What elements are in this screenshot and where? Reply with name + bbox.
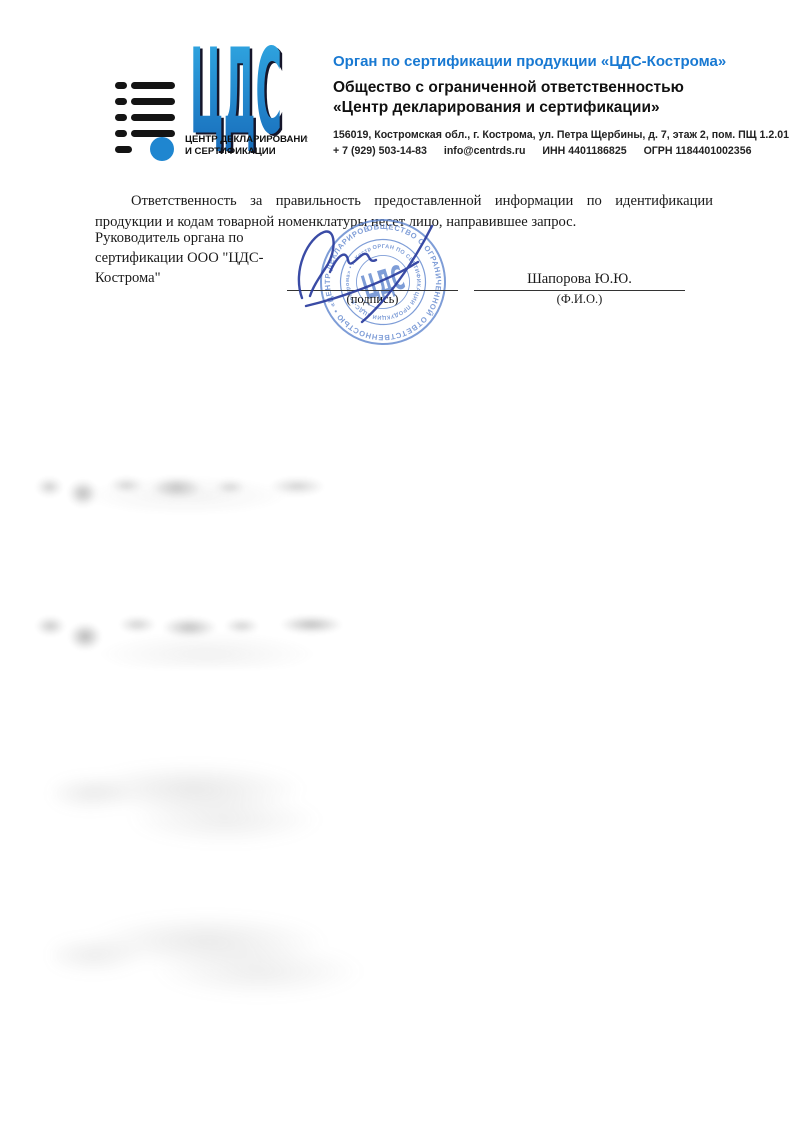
name-caption: (Ф.И.О.) [474,292,685,307]
logo-caption-line1: ЦЕНТР ДЕКЛАРИРОВАНИЯ [185,134,308,145]
phone-number: + 7 (929) 503-14-83 [333,145,427,157]
company-name-line1: Общество с ограниченной ответственностью [333,78,773,98]
company-name-line2: «Центр декларирования и сертификации» [333,98,773,118]
contacts-line: + 7 (929) 503-14-83 info@centrds.ru ИНН … [333,144,773,158]
logo-dot-icon [150,137,174,161]
redacted-text-block-2 [33,598,381,668]
company-logo: ЦДС ЦДС ЦЕНТР ДЕКЛАРИРОВАНИЯ И СЕРТИФИКА… [113,38,308,166]
ogrn-number: ОГРН 1184401002356 [644,145,752,157]
redacted-text-block-3 [52,758,367,846]
inn-number: ИНН 4401186825 [542,145,626,157]
signer-name: Шапорова Ю.Ю. [474,271,685,288]
certification-body-title: Орган по сертификации продукции «ЦДС-Кос… [333,52,773,71]
document-page: { "logo": { "acronym": "ЦДС", "caption1"… [0,0,794,1123]
redacted-text-block-4 [52,903,397,998]
letterhead: Орган по сертификации продукции «ЦДС-Кос… [333,52,773,158]
signature-caption: (подпись) [300,292,445,307]
company-name: Общество с ограниченной ответственностью… [333,78,773,118]
address-line: 156019, Костромская обл., г. Кострома, у… [333,128,773,142]
signature-line [287,290,458,291]
redacted-text-block-1 [36,455,371,513]
email-address: info@centrds.ru [444,145,526,157]
name-line [474,290,685,291]
signer-title: Руководитель органа по сертификации ООО … [95,228,275,288]
logo-caption-line2: И СЕРТИФИКАЦИИ [185,146,276,157]
